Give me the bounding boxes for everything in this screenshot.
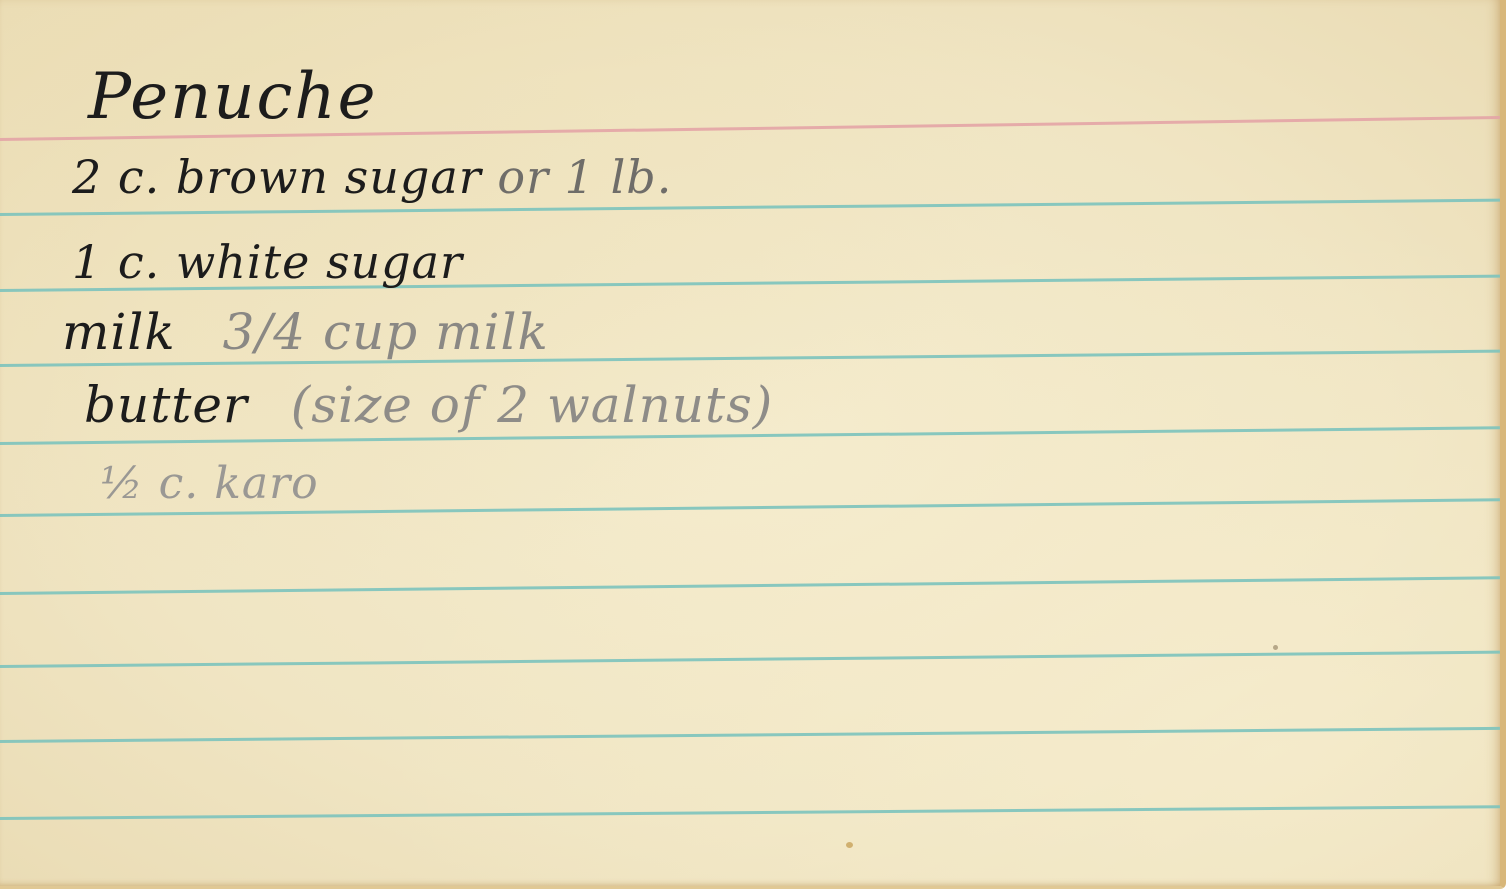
ingredient-line: milk 3/4 cup milk xyxy=(62,303,549,361)
ingredient-ink-text: 1 c. white sugar xyxy=(72,235,463,289)
ingredient-line: 2 c. brown sugar or 1 lb. xyxy=(72,150,672,204)
stain-spot xyxy=(1273,645,1278,650)
ingredient-ink-text: milk xyxy=(62,303,176,361)
ingredient-line: 1 c. white sugar xyxy=(72,235,463,289)
stain-spot xyxy=(846,842,853,848)
recipe-card: Penuche 2 c. brown sugar or 1 lb. 1 c. w… xyxy=(0,0,1506,889)
ruled-line xyxy=(0,805,1500,820)
ingredient-alt-text: or 1 lb. xyxy=(497,150,672,204)
ingredient-pencil-text: (size of 2 walnuts) xyxy=(291,376,773,434)
ingredient-line: butter (size of 2 walnuts) xyxy=(84,376,773,434)
ruled-line xyxy=(0,651,1500,668)
ingredient-ink-text: butter xyxy=(84,376,248,434)
ingredient-pencil-text: ½ c. karo xyxy=(100,458,319,509)
ingredient-line: ½ c. karo xyxy=(100,458,319,509)
ingredient-pencil-text: 3/4 cup milk xyxy=(223,303,549,361)
ruled-line xyxy=(0,576,1500,595)
ruled-line xyxy=(0,727,1500,743)
ingredient-ink-text: 2 c. brown sugar xyxy=(72,150,482,204)
recipe-title: Penuche xyxy=(88,60,377,134)
